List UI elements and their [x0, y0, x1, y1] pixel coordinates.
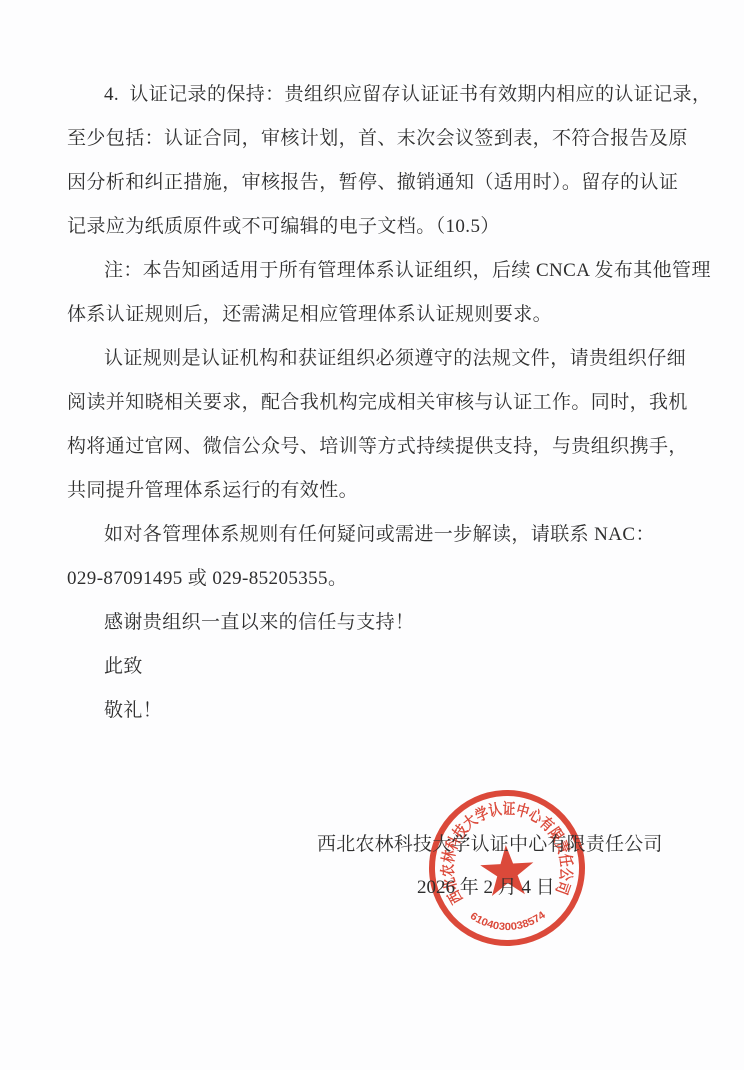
body-line: 至少包括：认证合同，审核计划，首、末次会议签到表，不符合报告及原 — [67, 117, 683, 161]
body-line: 记录应为纸质原件或不可编辑的电子文档。（10.5） — [67, 205, 683, 249]
body-line: 阅读并知晓相关要求，配合我机构完成相关审核与认证工作。同时，我机 — [67, 381, 683, 425]
closing-cizhi: 此致 — [67, 645, 683, 689]
body-line: 共同提升管理体系运行的有效性。 — [67, 469, 683, 513]
signature-date: 2026 年 2 月 4 日 — [417, 872, 555, 899]
letter-body: 4. 认证记录的保持：贵组织应留存认证证书有效期内相应的认证记录， 至少包括：认… — [67, 73, 683, 733]
body-line: 4. 认证记录的保持：贵组织应留存认证证书有效期内相应的认证记录， — [67, 73, 683, 117]
body-line: 认证规则是认证机构和获证组织必须遵守的法规文件，请贵组织仔细 — [67, 337, 683, 381]
signature-company-name: 西北农林科技大学认证中心有限责任公司 — [317, 829, 663, 856]
body-line: 因分析和纠正措施，审核报告，暂停、撤销通知（适用时）。留存的认证 — [67, 161, 683, 205]
body-line: 如对各管理体系规则有任何疑问或需进一步解读，请联系 NAC： — [67, 513, 683, 557]
document-page: 4. 认证记录的保持：贵组织应留存认证证书有效期内相应的认证记录， 至少包括：认… — [0, 0, 744, 1070]
body-line: 029-87091495 或 029-85205355。 — [67, 557, 683, 601]
body-line: 体系认证规则后，还需满足相应管理体系认证规则要求。 — [67, 293, 683, 337]
closing-jingli: 敬礼！ — [67, 689, 683, 733]
seal-graphic: 西北农林科技大学认证中心有限责任公司 6104030038574 — [423, 784, 591, 952]
seal-number-arc-text: 6104030038574 — [467, 906, 548, 935]
body-line: 注：本告知函适用于所有管理体系认证组织，后续 CNCA 发布其他管理 — [67, 249, 683, 293]
body-line: 构将通过官网、微信公众号、培训等方式持续提供支持，与贵组织携手， — [67, 425, 683, 469]
company-seal-stamp: 西北农林科技大学认证中心有限责任公司 6104030038574 — [423, 784, 591, 952]
body-line: 感谢贵组织一直以来的信任与支持！ — [67, 601, 683, 645]
